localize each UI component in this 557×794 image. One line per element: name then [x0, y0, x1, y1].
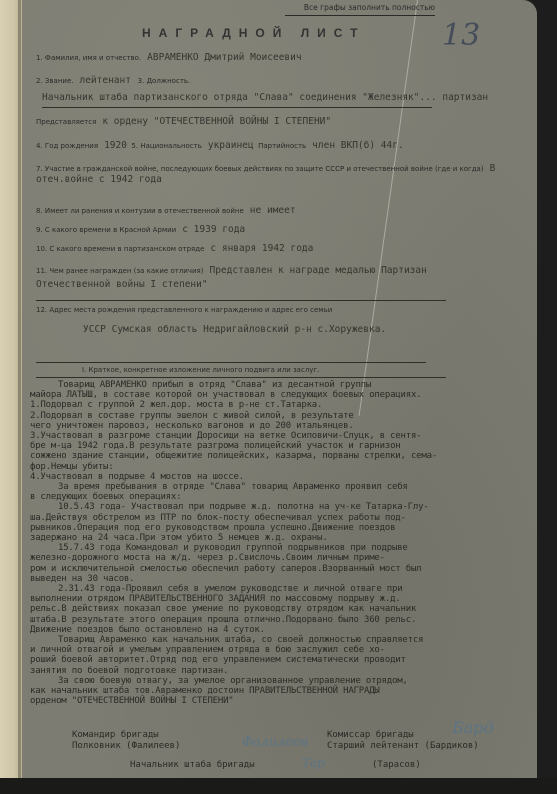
- document-title: НАГРАДНОЙ ЛИСТ: [142, 26, 365, 40]
- section-heading: I. Краткое, конкретное изложение личного…: [82, 366, 319, 374]
- commander-signature: Фалилеев: [242, 735, 308, 750]
- commissar-name: Старший лейтенант (Бардиков): [327, 741, 479, 751]
- field-position-value: Начальник штаба партизанского отряда "Сл…: [36, 92, 516, 103]
- narrative-text: Товарищ АВРАМЕНКО прибыл в отряд "Слава"…: [30, 380, 530, 707]
- field-address-value: УССР Сумская область Недригайловский р-н…: [77, 324, 386, 335]
- binder-line: [18, 0, 21, 794]
- field-previous-awards: 11. Чем ранее награжден (за какие отличи…: [36, 264, 506, 292]
- scan-bottom-edge: [0, 778, 557, 794]
- header-hint: Все графы заполнить полностью: [285, 3, 435, 16]
- commissar-title: Комиссар бригады: [327, 730, 414, 740]
- commander-name: Полковник (Фалилеев): [72, 741, 180, 751]
- field-birth-nationality: 4. Год рождения1920 5. Национальностьукр…: [36, 140, 404, 151]
- chief-of-staff-name: (Тарасов): [372, 760, 421, 770]
- divider: [36, 300, 446, 301]
- field-rank-position: 2. Звание.лейтенант 3. Должность.: [36, 75, 190, 86]
- field-address-label: 12. Адрес места рождения представленного…: [36, 306, 332, 314]
- fold-crease: [359, 0, 418, 416]
- award-sheet-page: Все графы заполнить полностью НАГРАДНОЙ …: [22, 0, 537, 778]
- field-partisan-since: 10. С какого времени в партизанском отря…: [36, 243, 313, 254]
- chief-of-staff-signature: Тар: [302, 756, 325, 770]
- divider: [36, 377, 446, 378]
- commissar-signature: Бард: [452, 718, 494, 737]
- field-wounds: 8. Имеет ли ранения и контузии в отечест…: [36, 205, 296, 216]
- chief-of-staff-title: Начальник штаба бригады: [130, 760, 255, 770]
- field-red-army-since: 9. С какого времени в Красной Армиис 193…: [36, 224, 245, 235]
- field-name: 1. Фамилия, имя и отчество.АВРАМЕНКО Дми…: [36, 52, 302, 63]
- divider: [42, 107, 432, 108]
- commander-title: Командир бригады: [72, 730, 159, 740]
- archive-mark: 13: [442, 18, 480, 53]
- field-war-participation: 7. Участие в гражданской войне, последую…: [36, 163, 506, 185]
- field-recommended-for: Представляетсяк ордену "ОТЕЧЕСТВЕННОЙ ВО…: [36, 116, 331, 127]
- divider: [36, 362, 426, 363]
